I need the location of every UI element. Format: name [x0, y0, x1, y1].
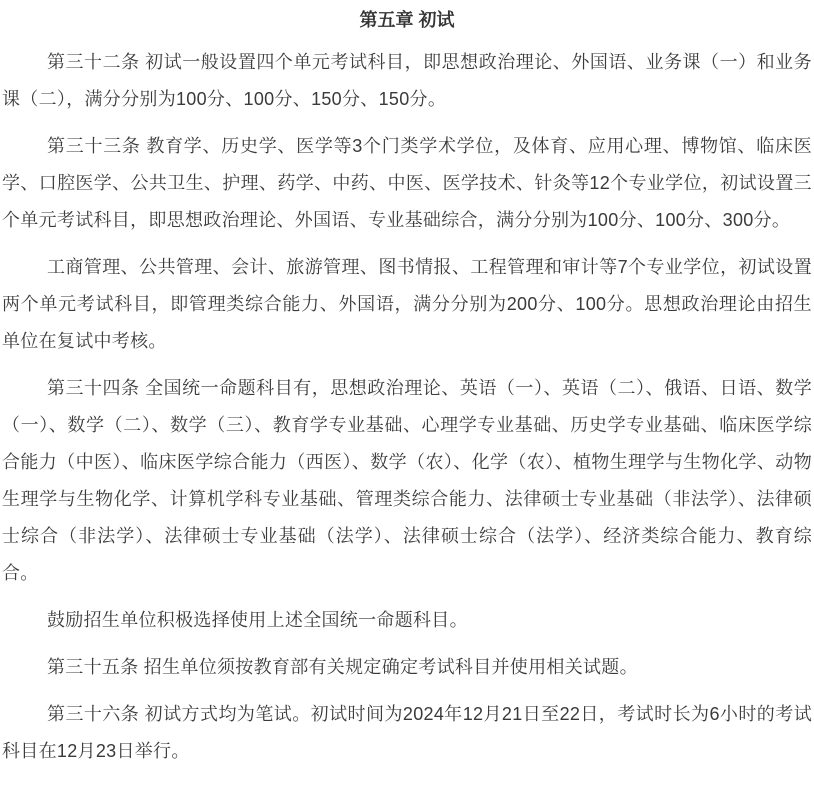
paragraph-encouragement: 鼓励招生单位积极选择使用上述全国统一命题科目。 [2, 602, 812, 639]
article-body: 第五章 初试 第三十二条 初试一般设置四个单元考试科目，即思想政治理论、外国语、… [0, 0, 814, 770]
paragraph-article-32: 第三十二条 初试一般设置四个单元考试科目，即思想政治理论、外国语、业务课（一）和… [2, 44, 812, 118]
paragraph-article-36: 第三十六条 初试方式均为笔试。初试时间为2024年12月21日至22日，考试时长… [2, 696, 812, 770]
paragraph-article-35: 第三十五条 招生单位须按教育部有关规定确定考试科目并使用相关试题。 [2, 649, 812, 686]
document-page: 第五章 初试 第三十二条 初试一般设置四个单元考试科目，即思想政治理论、外国语、… [0, 0, 814, 809]
paragraph-article-33: 第三十三条 教育学、历史学、医学等3个门类学术学位，及体育、应用心理、博物馆、临… [2, 128, 812, 239]
paragraph-article-33-continued: 工商管理、公共管理、会计、旅游管理、图书情报、工程管理和审计等7个专业学位，初试… [2, 249, 812, 360]
paragraph-article-34: 第三十四条 全国统一命题科目有，思想政治理论、英语（一）、英语（二）、俄语、日语… [2, 370, 812, 592]
chapter-title: 第五章 初试 [2, 0, 812, 34]
